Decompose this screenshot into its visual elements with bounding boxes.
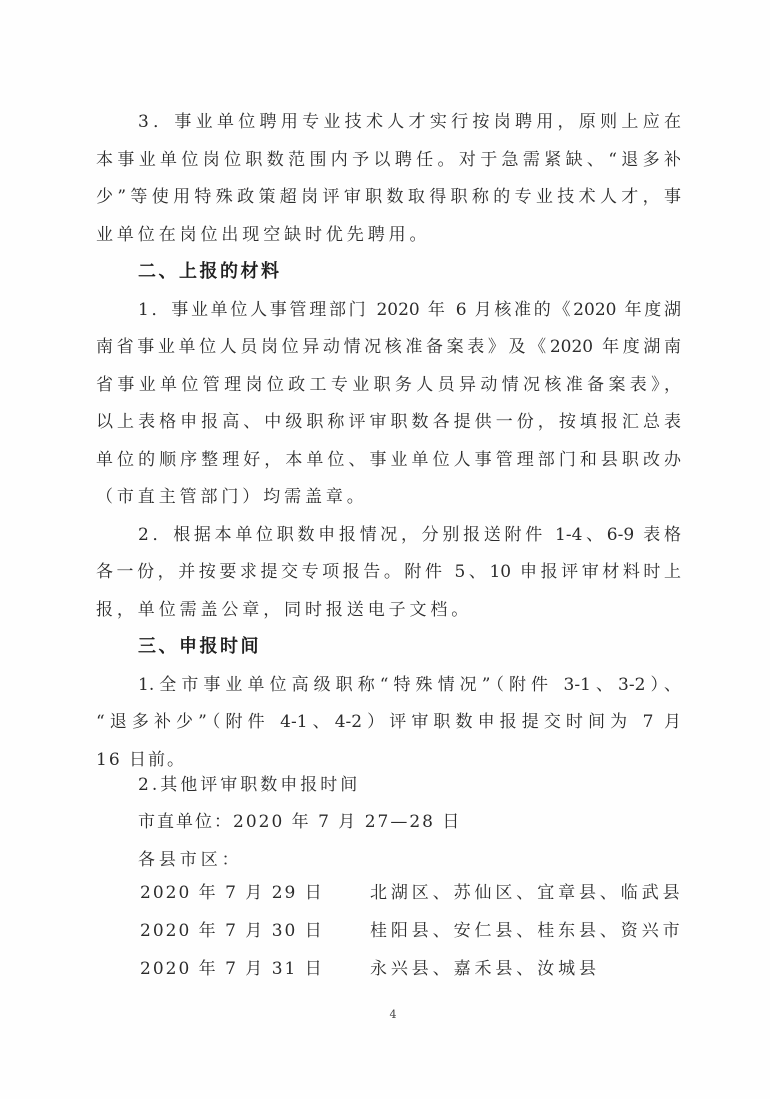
schedule-areas: 永兴县、嘉禾县、汝城县	[370, 954, 600, 984]
paragraph-line: 本事业单位岗位职数范围内予以聘任。对于急需紧缺、“退多补	[96, 145, 681, 175]
section-heading: 二、上报的材料	[138, 257, 738, 287]
city-units-schedule: 市直单位：2020 年 7 月 27—28 日	[138, 807, 738, 837]
paragraph-line: 1.全市事业单位高级职称“特殊情况”（附件 3-1、3-2）、	[138, 670, 681, 700]
paragraph-line: 1．事业单位人事管理部门 2020 年 6 月核准的《2020 年度湖	[138, 295, 681, 325]
paragraph-line: “退多补少”（附件 4-1、4-2）评审职数申报提交时间为 7 月	[96, 707, 681, 737]
schedule-date: 2020 年 7 月 30 日	[140, 916, 324, 946]
paragraph-line: 省事业单位管理岗位政工专业职务人员异动情况核准备案表》，	[96, 370, 681, 400]
schedule-areas: 桂阳县、安仁县、桂东县、资兴市	[370, 916, 684, 946]
paragraph-line: 以上表格申报高、中级职称评审职数各提供一份，按填报汇总表	[96, 407, 681, 437]
schedule-date: 2020 年 7 月 31 日	[140, 954, 324, 984]
paragraph-line: 少”等使用特殊政策超岗评审职数取得职称的专业技术人才，事	[96, 182, 681, 212]
paragraph-line: 南省事业单位人员岗位异动情况核准备案表》及《2020 年度湖南	[96, 332, 681, 362]
paragraph-line: 业单位在岗位出现空缺时优先聘用。	[96, 220, 696, 250]
section-heading: 三、申报时间	[138, 632, 738, 662]
paragraph-line: 报，单位需盖公章，同时报送电子文档。	[96, 595, 696, 625]
schedule-areas: 北湖区、苏仙区、宜章县、临武县	[370, 878, 684, 908]
counties-label: 各县市区：	[138, 845, 738, 875]
paragraph-line: 3．事业单位聘用专业技术人才实行按岗聘用，原则上应在	[138, 107, 681, 137]
paragraph-line: 单位的顺序整理好，本单位、事业单位人事管理部门和县职改办	[96, 445, 681, 475]
page-number: 4	[385, 1008, 401, 1021]
paragraph-line: 各一份，并按要求提交专项报告。附件 5、10 申报评审材料时上	[96, 557, 681, 587]
subsection-title: 2.其他评审职数申报时间	[138, 770, 738, 800]
schedule-date: 2020 年 7 月 29 日	[140, 878, 324, 908]
document-page: 3．事业单位聘用专业技术人才实行按岗聘用，原则上应在 本事业单位岗位职数范围内予…	[0, 0, 770, 1099]
paragraph-line: 2．根据本单位职数申报情况，分别报送附件 1-4、6-9 表格	[138, 520, 681, 550]
paragraph-line: （市直主管部门）均需盖章。	[96, 482, 696, 512]
